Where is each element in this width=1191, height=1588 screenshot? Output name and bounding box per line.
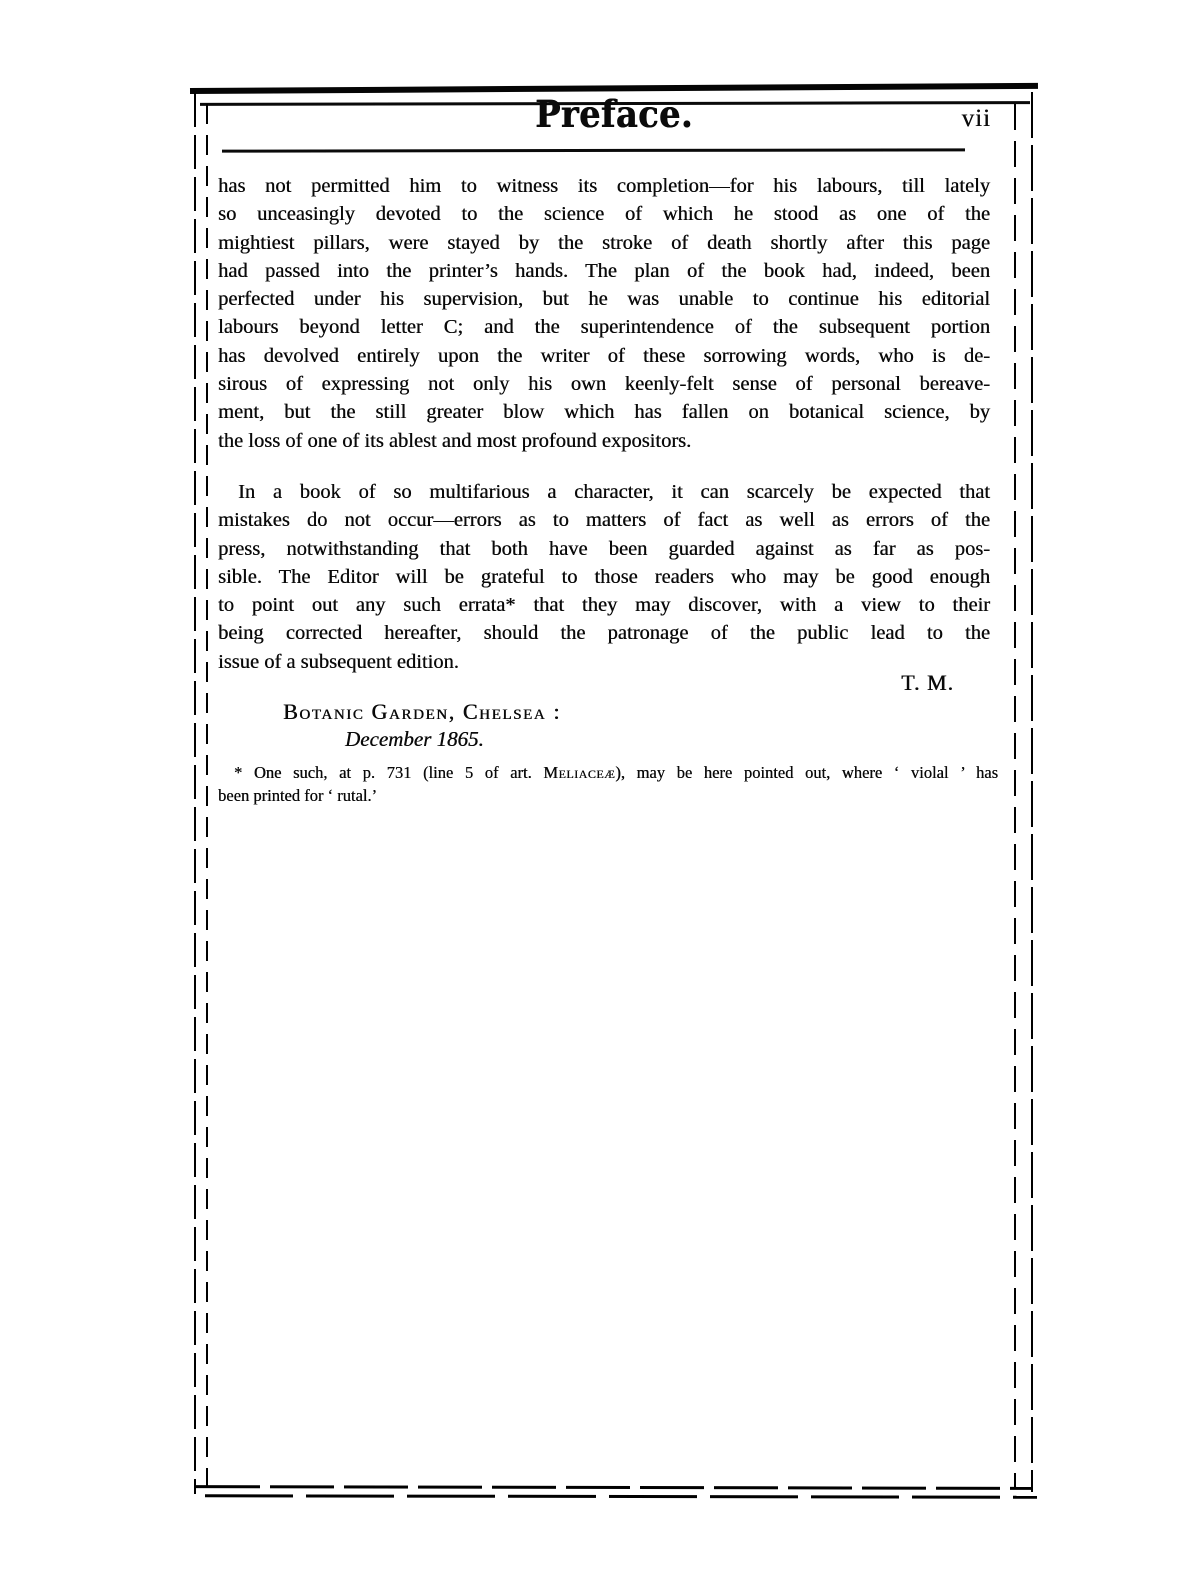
header-rule <box>222 148 965 152</box>
border-bottom-inner-rule <box>196 1485 1032 1490</box>
text-line: has not permitted him to witness its com… <box>218 172 990 200</box>
text-line: ment, but the still greater blow which h… <box>218 398 990 426</box>
border-left-inner-rule <box>206 104 208 1490</box>
text-line: had passed into the printer’s hands. The… <box>218 257 990 285</box>
border-right-outer-rule <box>1031 92 1034 1492</box>
text-line: mistakes do not occur—errors as to matte… <box>218 506 990 534</box>
border-left-outer-rule <box>194 93 196 1494</box>
text-line: mightiest pillars, were stayed by the st… <box>218 229 990 257</box>
text-line: so unceasingly devoted to the science of… <box>218 200 990 228</box>
place-line: Botanic Garden, Chelsea : <box>283 699 561 725</box>
text-line: perfected under his supervision, but he … <box>218 285 990 313</box>
page-frame: Preface. vii has not permitted him to wi… <box>193 88 1035 1502</box>
border-right-inner-rule <box>1014 104 1016 1488</box>
editor-signature: T. M. <box>218 670 990 696</box>
text-line: sirous of expressing not only his own ke… <box>218 370 990 398</box>
border-bottom-outer-rule <box>205 1494 1037 1498</box>
text-line: being corrected hereafter, should the pa… <box>218 619 990 647</box>
footnote: * One such, at p. 731 (line 5 of art. Me… <box>218 761 998 807</box>
text-line: sible. The Editor will be grateful to th… <box>218 563 990 591</box>
scanned-book-page: Preface. vii has not permitted him to wi… <box>0 0 1191 1588</box>
date-line: December 1865. <box>345 727 484 752</box>
text-line: In a book of so multifarious a character… <box>218 478 990 506</box>
page-number: vii <box>962 105 991 133</box>
footnote-text-after: ), may be here pointed out, where ‘ viol… <box>615 763 998 782</box>
text-line: the loss of one of its ablest and most p… <box>218 427 990 455</box>
text-line: press, notwithstanding that both have be… <box>218 535 990 563</box>
paragraph-1: has not permitted him to witness its com… <box>218 172 990 455</box>
footnote-article-name: Meliaceæ <box>543 763 615 782</box>
footnote-line-1: * One such, at p. 731 (line 5 of art. Me… <box>218 761 998 784</box>
text-line: to point out any such errata* that they … <box>218 591 990 619</box>
paragraph-2: In a book of so multifarious a character… <box>218 478 990 676</box>
text-line: labours beyond letter C; and the superin… <box>218 313 990 341</box>
footnote-text-before: * One such, at p. 731 (line 5 of art. <box>234 763 543 782</box>
footnote-line-2: been printed for ‘ rutal.’ <box>218 784 998 807</box>
page-title: Preface. <box>210 94 1018 135</box>
text-line: has devolved entirely upon the writer of… <box>218 342 990 370</box>
